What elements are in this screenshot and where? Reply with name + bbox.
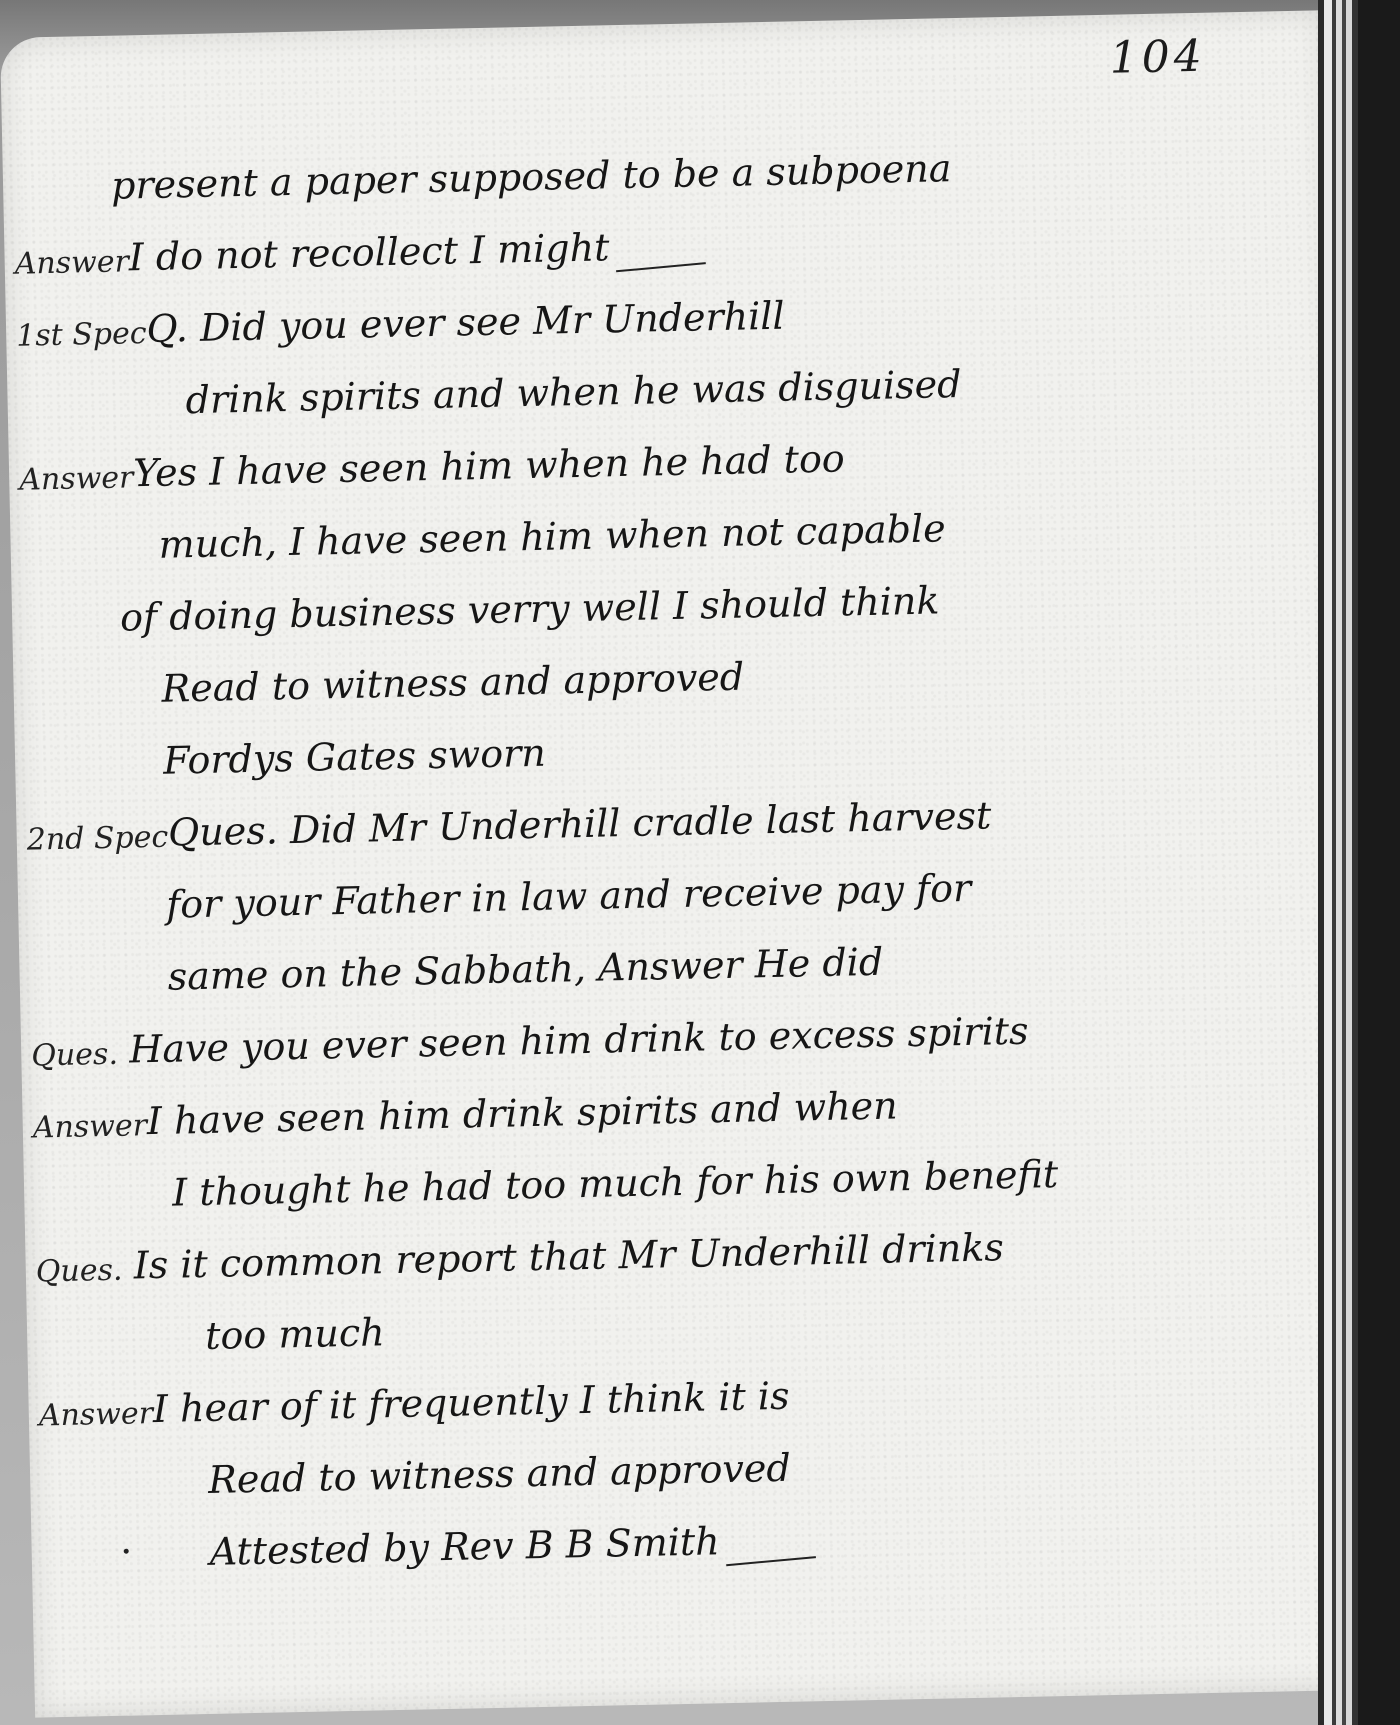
margin-note: Answer [4,244,129,282]
page-number: 104 [1109,31,1206,84]
scanned-ledger-page: 104 present a paper supposed to be a sub… [0,0,1400,1725]
line-text: too much [135,1310,385,1359]
margin-note: 2nd Spec [16,820,168,858]
book-page-edges [1318,0,1400,1725]
margin-note: Ques. [25,1252,134,1289]
testimony-text: present a paper supposed to be a subpoen… [2,111,1312,1577]
margin-note: Answer [9,460,134,498]
margin-note: Answer [29,1396,154,1434]
margin-note: Answer [22,1108,147,1146]
margin-note: 1st Spec [6,316,147,354]
attestation-line: Attested by Rev B B Smith [139,1519,720,1575]
handwritten-page: 104 present a paper supposed to be a sub… [0,10,1360,1717]
ink-dot [124,1549,129,1554]
margin-note: Ques. [21,1037,130,1074]
margin-note [32,1575,140,1577]
